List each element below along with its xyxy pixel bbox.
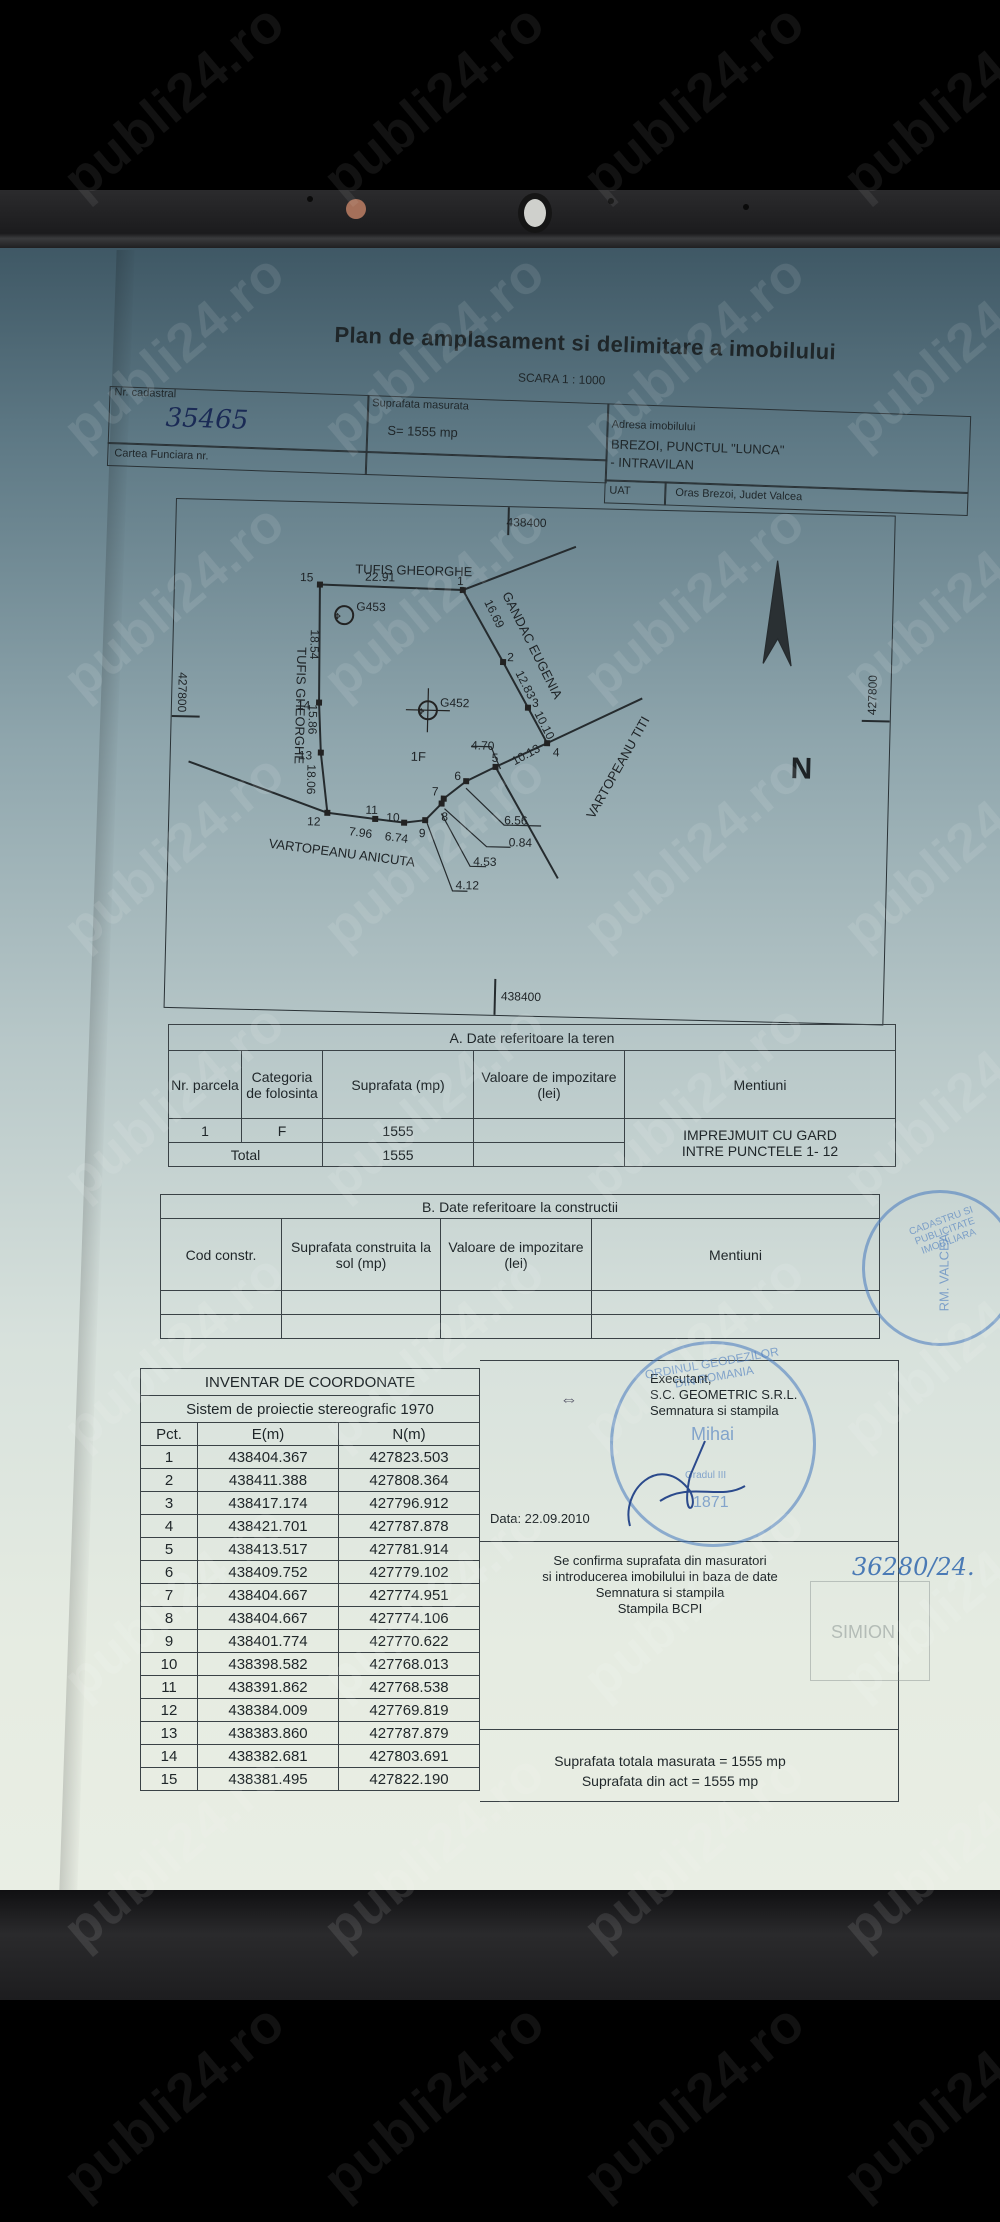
sensor-dot bbox=[743, 204, 749, 210]
vertex-label: 2 bbox=[507, 650, 514, 664]
watermark-text: publi24.ro bbox=[571, 0, 816, 211]
vertex-label: 10 bbox=[386, 810, 400, 824]
divider bbox=[480, 1729, 898, 1730]
side-length-label: 4.53 bbox=[473, 854, 497, 869]
table-row: 11438391.862427768.538 bbox=[141, 1676, 480, 1699]
grid-label-left: 427800 bbox=[175, 672, 190, 712]
uat-label-cell: UAT bbox=[604, 479, 667, 505]
svg-text:✥: ✥ bbox=[418, 707, 425, 716]
side-length-label: 7.96 bbox=[348, 824, 373, 841]
scale-label: SCARA 1 : 1000 bbox=[518, 370, 606, 387]
svg-text:✥: ✥ bbox=[334, 612, 341, 621]
parcel-label: 1F bbox=[411, 749, 427, 764]
address-line2: - INTRAVILAN bbox=[610, 455, 694, 473]
camera-icon bbox=[518, 193, 552, 233]
watermark-text: publi24.ro bbox=[51, 1991, 296, 2211]
address-line1: BREZOI, PUNCTUL "LUNCA" bbox=[611, 437, 785, 458]
table-row: 2438411.388427808.364 bbox=[141, 1469, 480, 1492]
side-length-label: 4.12 bbox=[455, 878, 479, 893]
vertex-label: 11 bbox=[365, 803, 378, 817]
table-row: 12438384.009427769.819 bbox=[141, 1699, 480, 1722]
side-length-label: 22.91 bbox=[365, 570, 395, 585]
vertex-label: 4 bbox=[553, 745, 560, 759]
vertex-label: 7 bbox=[432, 784, 439, 798]
table-row: 14438382.681427803.691 bbox=[141, 1745, 480, 1768]
vertex-label: 13 bbox=[299, 748, 313, 762]
sensor-dot bbox=[307, 196, 313, 202]
table-row: 15438381.495427822.190 bbox=[141, 1768, 480, 1791]
benchmark-g452: G452 bbox=[440, 696, 470, 711]
side-length-label: 0.84 bbox=[509, 835, 533, 850]
watermark-text: publi24.ro bbox=[311, 1991, 556, 2211]
table-b-title: B. Date referitoare la constructii bbox=[161, 1195, 880, 1219]
side-length-label: 15.86 bbox=[305, 704, 320, 734]
table-row: 1438404.367427823.503 bbox=[141, 1446, 480, 1469]
watermark-text: publi24.ro bbox=[311, 0, 556, 211]
device-bezel-top bbox=[0, 190, 1000, 252]
side-length-label: 18.06 bbox=[304, 764, 319, 794]
watermark-text: publi24.ro bbox=[831, 0, 1000, 211]
vertex-label: 3 bbox=[532, 696, 539, 710]
uat-label: UAT bbox=[609, 485, 631, 498]
table-b-header: Suprafata construita la sol (mp) bbox=[282, 1219, 441, 1291]
vertex-label: 12 bbox=[307, 814, 321, 828]
signature-scribble bbox=[620, 1431, 760, 1531]
table-row: 4438421.701427787.878 bbox=[141, 1515, 480, 1538]
table-row: 13438383.860427787.879 bbox=[141, 1722, 480, 1745]
vertex-label: 6 bbox=[454, 769, 461, 783]
coords-subtitle: Sistem de proiectie stereografic 1970 bbox=[141, 1396, 480, 1423]
vertex-label: 15 bbox=[300, 570, 314, 584]
table-row: 1 F 1555 IMPREJMUIT CU GARD INTRE PUNCTE… bbox=[169, 1119, 896, 1143]
table-row: 10438398.582427768.013 bbox=[141, 1653, 480, 1676]
surface-value: S= 1555 mp bbox=[387, 423, 458, 440]
watermark-text: publi24.ro bbox=[831, 1991, 1000, 2211]
cf-label: Cartea Funciara nr. bbox=[114, 447, 209, 462]
watermark-text: publi24.ro bbox=[51, 0, 296, 211]
double-arrow-icon: ⇔ bbox=[560, 1389, 578, 1410]
side-length-label: 4.70 bbox=[471, 738, 495, 753]
watermark-text: publi24.ro bbox=[571, 1991, 816, 2211]
cadastral-number: 35465 bbox=[165, 403, 249, 436]
table-row: 3438417.174427796.912 bbox=[141, 1492, 480, 1515]
